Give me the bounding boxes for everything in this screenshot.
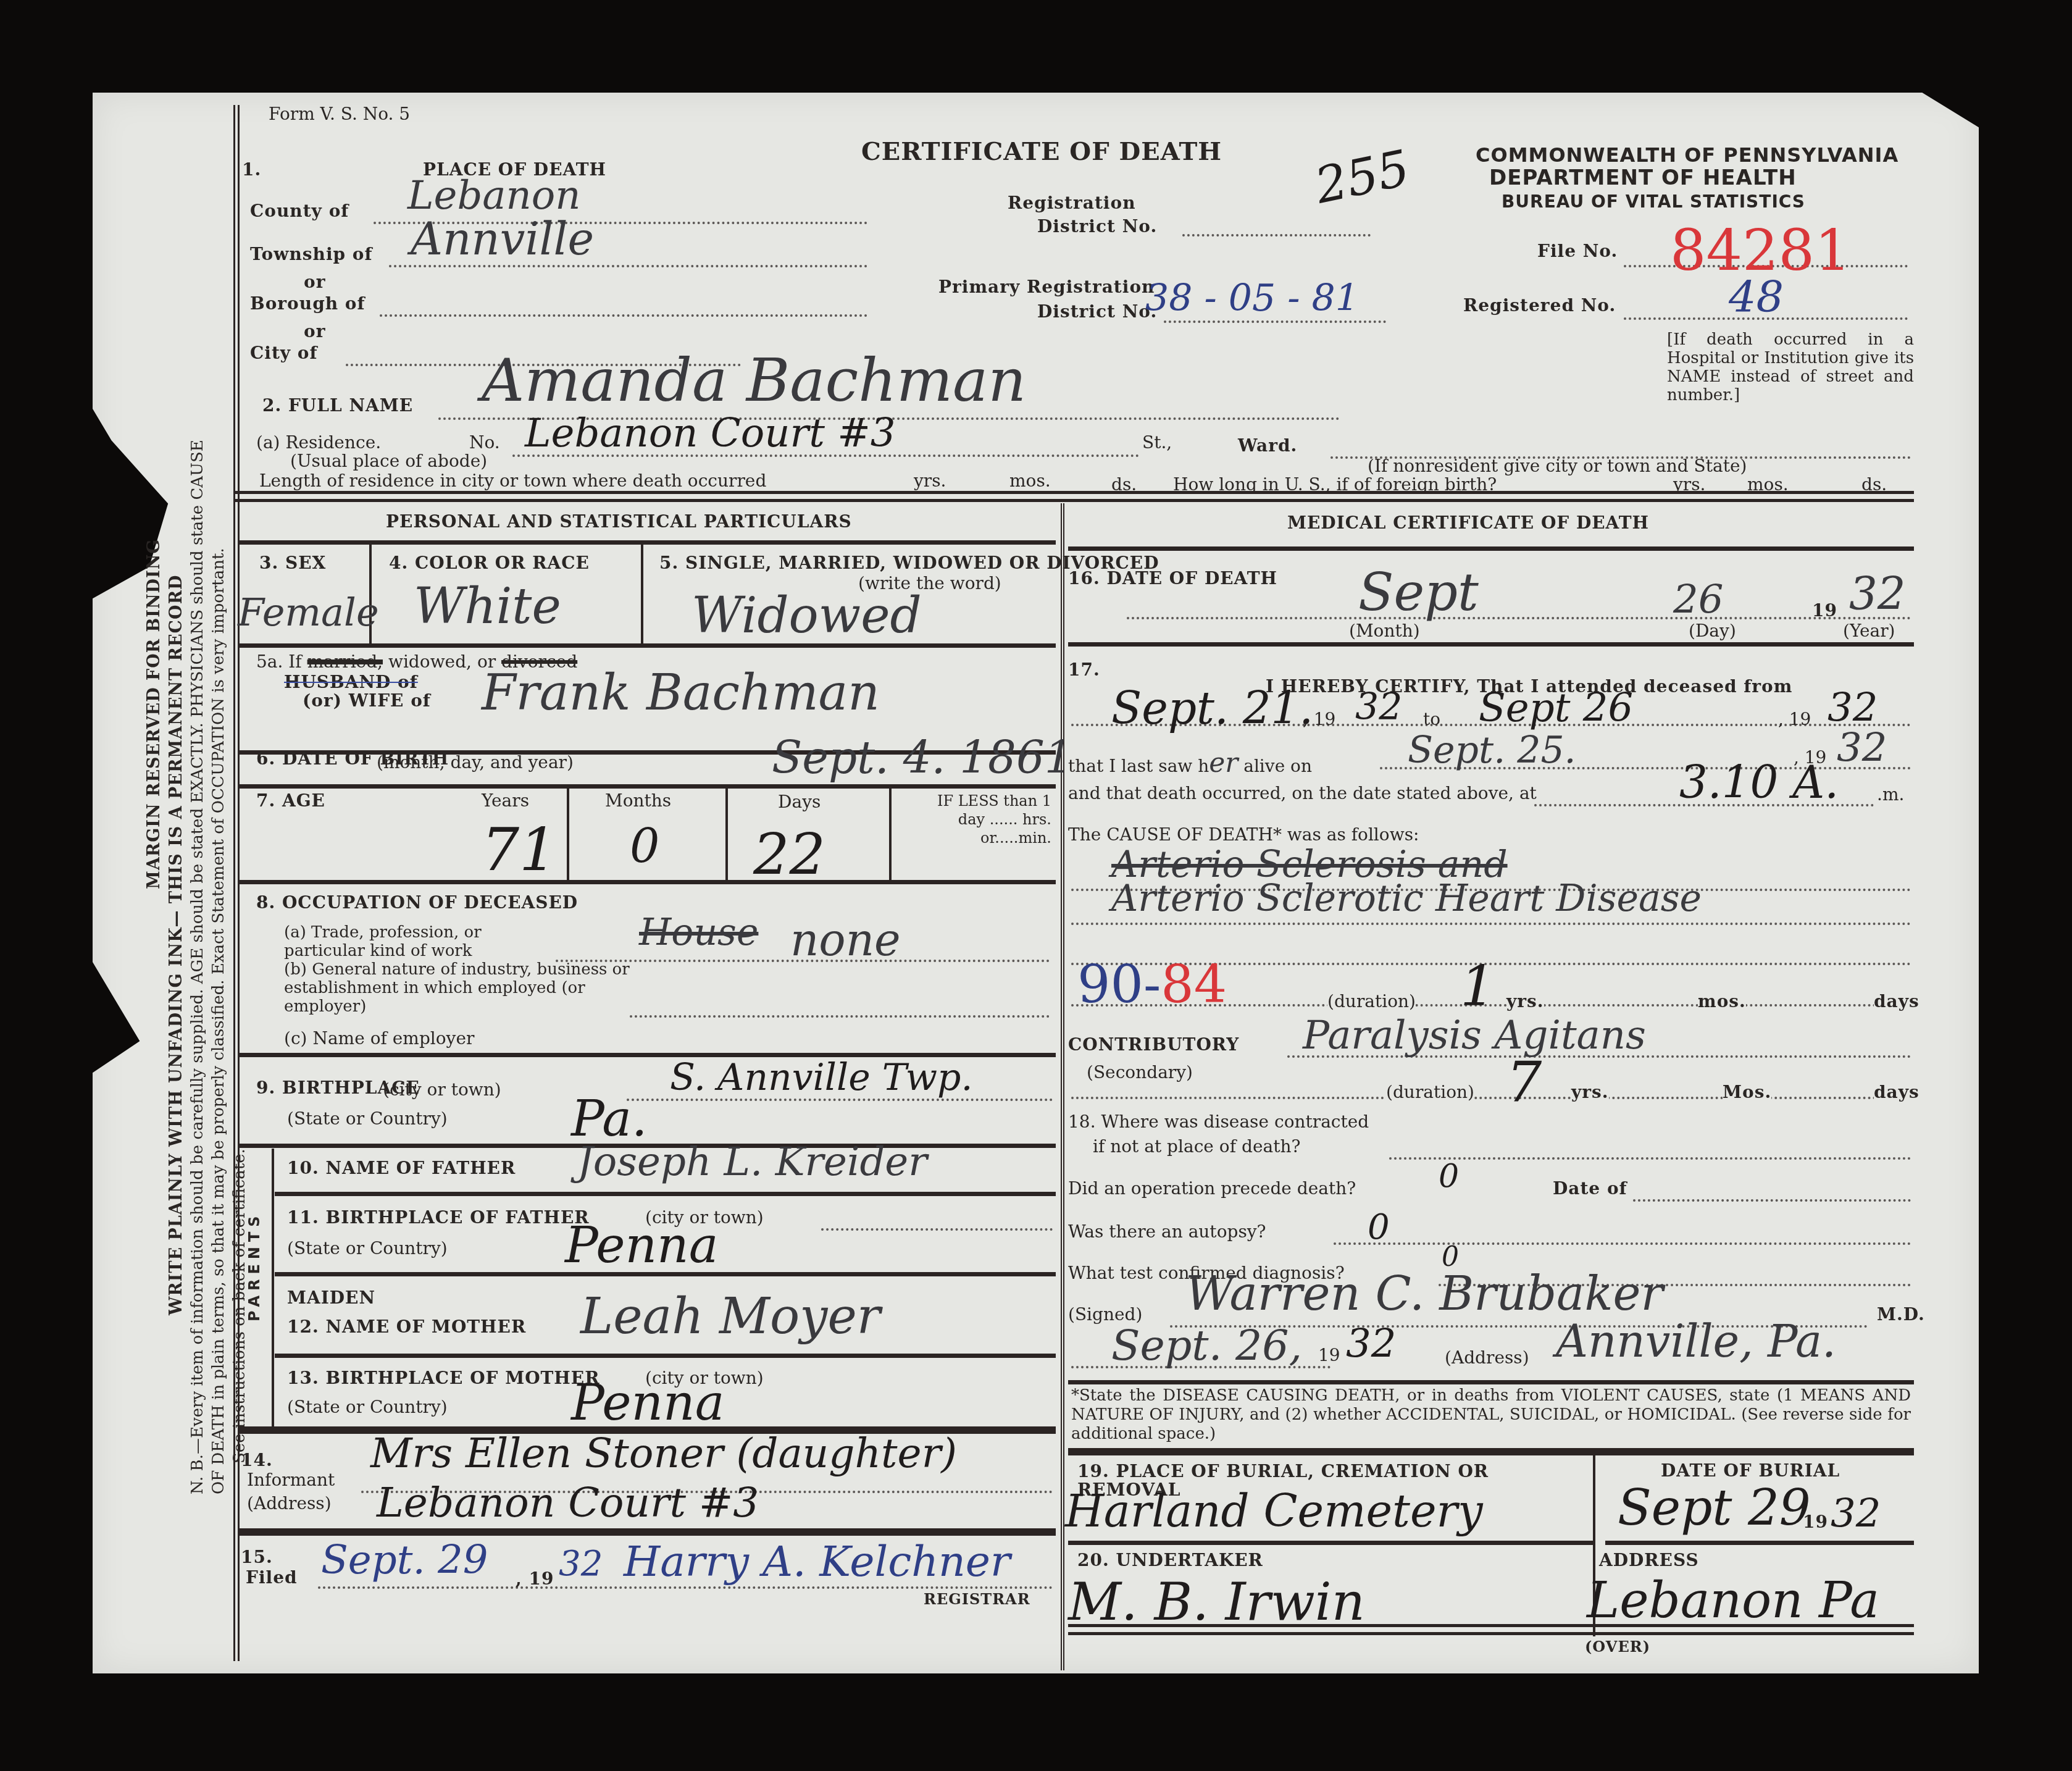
contributory-secondary-label: (Secondary) bbox=[1087, 1062, 1193, 1082]
occupation-a-value: none bbox=[790, 914, 901, 966]
length-mos-label: mos. bbox=[1009, 471, 1051, 491]
father-name-label: 10. NAME OF FATHER bbox=[287, 1158, 516, 1178]
time-of-death-label: and that death occurred, on the date sta… bbox=[1068, 783, 1537, 803]
contributory-duration-yrs: 7 bbox=[1506, 1050, 1542, 1115]
last-saw-value: Sept. 25. bbox=[1408, 729, 1576, 772]
informant-address-value: Lebanon Court #3 bbox=[377, 1479, 759, 1526]
borough-field[interactable] bbox=[380, 306, 867, 317]
burial-year-prefix: 19 bbox=[1803, 1512, 1828, 1532]
contracted-field[interactable] bbox=[1389, 1149, 1911, 1160]
last-saw-year: 32 bbox=[1837, 726, 1887, 771]
signed-year: 32 bbox=[1346, 1321, 1396, 1367]
wife-of-label: (or) WIFE of bbox=[303, 690, 431, 711]
day-caption: (Day) bbox=[1689, 621, 1736, 641]
burial-date-value: Sept 29 bbox=[1618, 1479, 1811, 1536]
contributory-value: Paralysis Agitans bbox=[1303, 1013, 1646, 1058]
county-label: County of bbox=[250, 201, 349, 221]
to-label: to bbox=[1423, 709, 1440, 729]
registrar-label: REGISTRAR bbox=[924, 1590, 1030, 1608]
filed-label: Filed bbox=[246, 1567, 298, 1588]
sex-value: Female bbox=[238, 590, 379, 635]
abode-note: (Usual place of abode) bbox=[290, 451, 487, 471]
race-value: White bbox=[414, 577, 561, 635]
date-of-death-day: 26 bbox=[1673, 577, 1723, 623]
race-label: 4. COLOR OR RACE bbox=[389, 553, 590, 573]
md-label: M.D. bbox=[1877, 1304, 1925, 1325]
registration-district-label: District No. bbox=[1037, 216, 1157, 237]
date-of-death-label: 16. DATE OF DEATH bbox=[1068, 568, 1277, 588]
cause-days-label: days bbox=[1874, 991, 1920, 1011]
mother-name-value: Leah Moyer bbox=[580, 1287, 880, 1345]
age-years-value: 71 bbox=[482, 815, 557, 884]
contracted-label: 18. Where was disease contracted bbox=[1068, 1112, 1369, 1132]
contributory-label: CONTRIBUTORY bbox=[1068, 1034, 1239, 1055]
registrar-signature: Harry A. Kelchner bbox=[624, 1538, 1011, 1586]
personal-heading: PERSONAL AND STATISTICAL PARTICULARS bbox=[386, 511, 852, 532]
burial-year-value: 32 bbox=[1831, 1491, 1881, 1537]
registered-no-value: 48 bbox=[1729, 272, 1784, 322]
spouse-value: Frank Bachman bbox=[482, 664, 880, 721]
age-days-label: Days bbox=[778, 792, 821, 812]
age-label: 7. AGE bbox=[256, 790, 325, 811]
age-less-than-day-label: IF LESS than 1 day ...... hrs. or.....mi… bbox=[906, 792, 1051, 847]
st-label: St., bbox=[1142, 432, 1172, 453]
cause-mos-label: mos. bbox=[1698, 991, 1746, 1011]
sex-label: 3. SEX bbox=[259, 553, 326, 573]
township-label: Township of bbox=[250, 244, 373, 264]
borough-label: Borough of bbox=[250, 293, 366, 314]
father-birthplace-state-label: (State or Country) bbox=[287, 1238, 448, 1258]
age-years-label: Years bbox=[482, 790, 529, 811]
or-label-2: or bbox=[304, 321, 325, 341]
date-of-death-year-prefix: 19 bbox=[1812, 600, 1837, 621]
burial-place-value: Harland Cemetery bbox=[1065, 1485, 1483, 1537]
dob-note: (month, day, and year) bbox=[377, 752, 574, 772]
contributory-duration-label: (duration) bbox=[1386, 1082, 1474, 1102]
cause-duration-yrs: 1 bbox=[1460, 954, 1495, 1019]
contributory-duration-line[interactable] bbox=[1071, 1088, 1911, 1099]
city-label: City of bbox=[250, 343, 318, 363]
time-of-death-suffix: .m. bbox=[1877, 784, 1904, 805]
signed-date-value: Sept. 26, bbox=[1111, 1321, 1302, 1370]
autopsy-label: Was there an autopsy? bbox=[1068, 1221, 1266, 1242]
full-name-label: 2. FULL NAME bbox=[262, 395, 413, 416]
marital-value: Widowed bbox=[691, 587, 922, 644]
file-no-label: File No. bbox=[1537, 241, 1618, 261]
mother-birthplace-value: Penna bbox=[571, 1374, 724, 1431]
mother-name-label: 12. NAME OF MOTHER bbox=[287, 1317, 526, 1337]
parents-side-label: PARENTS bbox=[246, 1211, 263, 1321]
primary-registration-label: Primary Registration bbox=[938, 277, 1155, 297]
age-days-value: 22 bbox=[753, 821, 825, 887]
residence-no-label: No. bbox=[469, 432, 500, 453]
occupation-a-struck: House bbox=[639, 911, 758, 954]
full-name-value: Amanda Bachman bbox=[482, 346, 1026, 415]
over-label: (OVER) bbox=[1585, 1638, 1650, 1656]
time-of-death-value: 3.10 A. bbox=[1679, 756, 1839, 808]
occupation-b-field[interactable] bbox=[630, 1007, 1050, 1018]
length-yrs-label: yrs. bbox=[914, 471, 946, 491]
filed-date-value: Sept. 29 bbox=[321, 1538, 488, 1583]
filed-year-prefix: , 19 bbox=[516, 1568, 554, 1589]
operation-date-label: Date of bbox=[1553, 1178, 1627, 1199]
form-number: Form V. S. No. 5 bbox=[269, 104, 410, 124]
undertaker-address-label: ADDRESS bbox=[1599, 1550, 1699, 1570]
date-of-death-month: Sept bbox=[1358, 562, 1479, 622]
length-of-residence-label: Length of residence in city or town wher… bbox=[259, 471, 766, 491]
physician-signature: Warren C. Brubaker bbox=[1185, 1266, 1663, 1321]
contributory-mos-label: Mos. bbox=[1723, 1082, 1771, 1102]
agency-department: DEPARTMENT OF HEALTH bbox=[1489, 165, 1797, 190]
county-value: Lebanon bbox=[407, 173, 580, 219]
informant-number: 14. bbox=[241, 1450, 273, 1470]
month-caption: (Month) bbox=[1349, 621, 1420, 641]
primary-district-label: District No. bbox=[1037, 301, 1157, 322]
certificate-title: CERTIFICATE OF DEATH bbox=[861, 137, 1222, 166]
margin-write-plainly: WRITE PLAINLY WITH UNFADING INK— THIS IS… bbox=[165, 575, 188, 1316]
margin-binding-note: MARGIN RESERVED FOR BINDING bbox=[143, 539, 165, 889]
registration-label: Registration bbox=[1008, 193, 1136, 213]
informant-label: Informant bbox=[247, 1470, 335, 1490]
cause-footnote: *State the DISEASE CAUSING DEATH, or in … bbox=[1071, 1386, 1911, 1444]
medical-heading: MEDICAL CERTIFICATE OF DEATH bbox=[1287, 513, 1649, 533]
cause-of-death-value: Arterio Sclerotic Heart Disease bbox=[1111, 877, 1702, 920]
father-birthplace-label: 11. BIRTHPLACE OF FATHER bbox=[287, 1207, 590, 1228]
informant-address-label: (Address) bbox=[247, 1493, 332, 1514]
age-months-value: 0 bbox=[630, 818, 659, 873]
physician-address-value: Annville, Pa. bbox=[1556, 1315, 1836, 1367]
husband-of-label: HUSBAND of bbox=[284, 672, 418, 692]
birthplace-city-value: S. Annville Twp. bbox=[670, 1056, 973, 1099]
attended-from-year-prefix: , 19 bbox=[1303, 709, 1335, 729]
signed-year-prefix: 19 bbox=[1318, 1345, 1340, 1365]
agency-bureau: BUREAU OF VITAL STATISTICS bbox=[1502, 191, 1805, 212]
age-months-label: Months bbox=[605, 790, 671, 811]
informant-value: Mrs Ellen Stoner (daughter) bbox=[370, 1430, 957, 1477]
attended-from-value: Sept. 21. bbox=[1111, 682, 1313, 734]
attended-from-year: 32 bbox=[1355, 685, 1402, 729]
operation-label: Did an operation precede death? bbox=[1068, 1178, 1356, 1199]
birthplace-city-note: (city or town) bbox=[383, 1079, 501, 1100]
cause-duration-label: (duration) bbox=[1327, 991, 1416, 1011]
cause-yrs-label: yrs. bbox=[1506, 991, 1544, 1011]
registration-district-field[interactable] bbox=[1182, 225, 1371, 237]
margin-nb-line2: OF DEATH in plain terms, so that it may … bbox=[207, 548, 230, 1494]
township-value: Annville bbox=[411, 213, 594, 265]
last-saw-label: that I last saw her alive on bbox=[1068, 747, 1312, 779]
agency-commonwealth: COMMONWEALTH OF PENNSYLVANIA bbox=[1476, 143, 1899, 167]
occupation-label: 8. OCCUPATION OF DECEASED bbox=[256, 892, 578, 913]
date-of-death-year: 32 bbox=[1849, 568, 1906, 620]
margin-nb-line1: N. B.—Every item of information should b… bbox=[186, 440, 209, 1494]
operation-date-field[interactable] bbox=[1633, 1191, 1911, 1202]
or-label-1: or bbox=[304, 272, 325, 292]
father-birthplace-value: Penna bbox=[565, 1216, 718, 1274]
mother-birthplace-state-label: (State or Country) bbox=[287, 1397, 448, 1417]
filed-year-value: 32 bbox=[559, 1544, 603, 1584]
attended-to-year: 32 bbox=[1828, 685, 1878, 731]
date-of-death-field[interactable] bbox=[1127, 608, 1911, 619]
filed-number: 15. bbox=[241, 1547, 273, 1567]
autopsy-field[interactable] bbox=[1334, 1234, 1911, 1245]
residence-label: (a) Residence. bbox=[256, 432, 381, 453]
autopsy-value: 0 bbox=[1368, 1207, 1390, 1247]
contracted-label-2: if not at place of death? bbox=[1093, 1136, 1300, 1157]
undertaker-address-value: Lebanon Pa bbox=[1587, 1572, 1879, 1629]
birthplace-state-label: (State or Country) bbox=[287, 1108, 448, 1129]
occupation-b-label: (b) General nature of industry, business… bbox=[284, 960, 630, 1016]
registered-no-label: Registered No. bbox=[1463, 295, 1616, 316]
physician-address-label: (Address) bbox=[1445, 1347, 1529, 1368]
contributory-days-label: days bbox=[1874, 1082, 1920, 1102]
father-name-value: Joseph L. Kreider bbox=[577, 1139, 927, 1185]
nonresident-note: (If nonresident give city or town and St… bbox=[1368, 456, 1747, 476]
residence-value: Lebanon Court #3 bbox=[525, 411, 896, 456]
father-birthplace-city-field[interactable] bbox=[821, 1220, 1053, 1231]
year-caption: (Year) bbox=[1843, 621, 1895, 641]
ward-label: Ward. bbox=[1238, 435, 1297, 456]
attended-to-year-prefix: , 19 bbox=[1778, 709, 1811, 729]
attended-to-value: Sept 26 bbox=[1479, 685, 1633, 731]
occupation-a-label: (a) Trade, profession, or particular kin… bbox=[284, 923, 556, 960]
primary-district-value: 38 - 05 - 81 bbox=[1145, 277, 1359, 320]
contributory-yrs-label: yrs. bbox=[1571, 1082, 1609, 1102]
undertaker-label: 20. UNDERTAKER bbox=[1077, 1550, 1263, 1570]
place-of-death-number: 1. bbox=[242, 159, 261, 180]
burial-date-label: DATE OF BURIAL bbox=[1661, 1460, 1840, 1481]
hospital-note: [If death occurred in a Hospital or Inst… bbox=[1667, 330, 1914, 404]
maiden-label: MAIDEN bbox=[287, 1287, 375, 1308]
undertaker-value: M. B. Irwin bbox=[1068, 1572, 1365, 1632]
dob-value: Sept. 4. 1861 bbox=[772, 732, 1073, 784]
cause-of-death-label: The CAUSE OF DEATH* was as follows: bbox=[1068, 824, 1419, 845]
occupation-c-label: (c) Name of employer bbox=[284, 1028, 474, 1049]
certification-number: 17. bbox=[1068, 659, 1100, 680]
mother-birthplace-label: 13. BIRTHPLACE OF MOTHER bbox=[287, 1368, 599, 1388]
operation-value: 0 bbox=[1439, 1158, 1459, 1195]
